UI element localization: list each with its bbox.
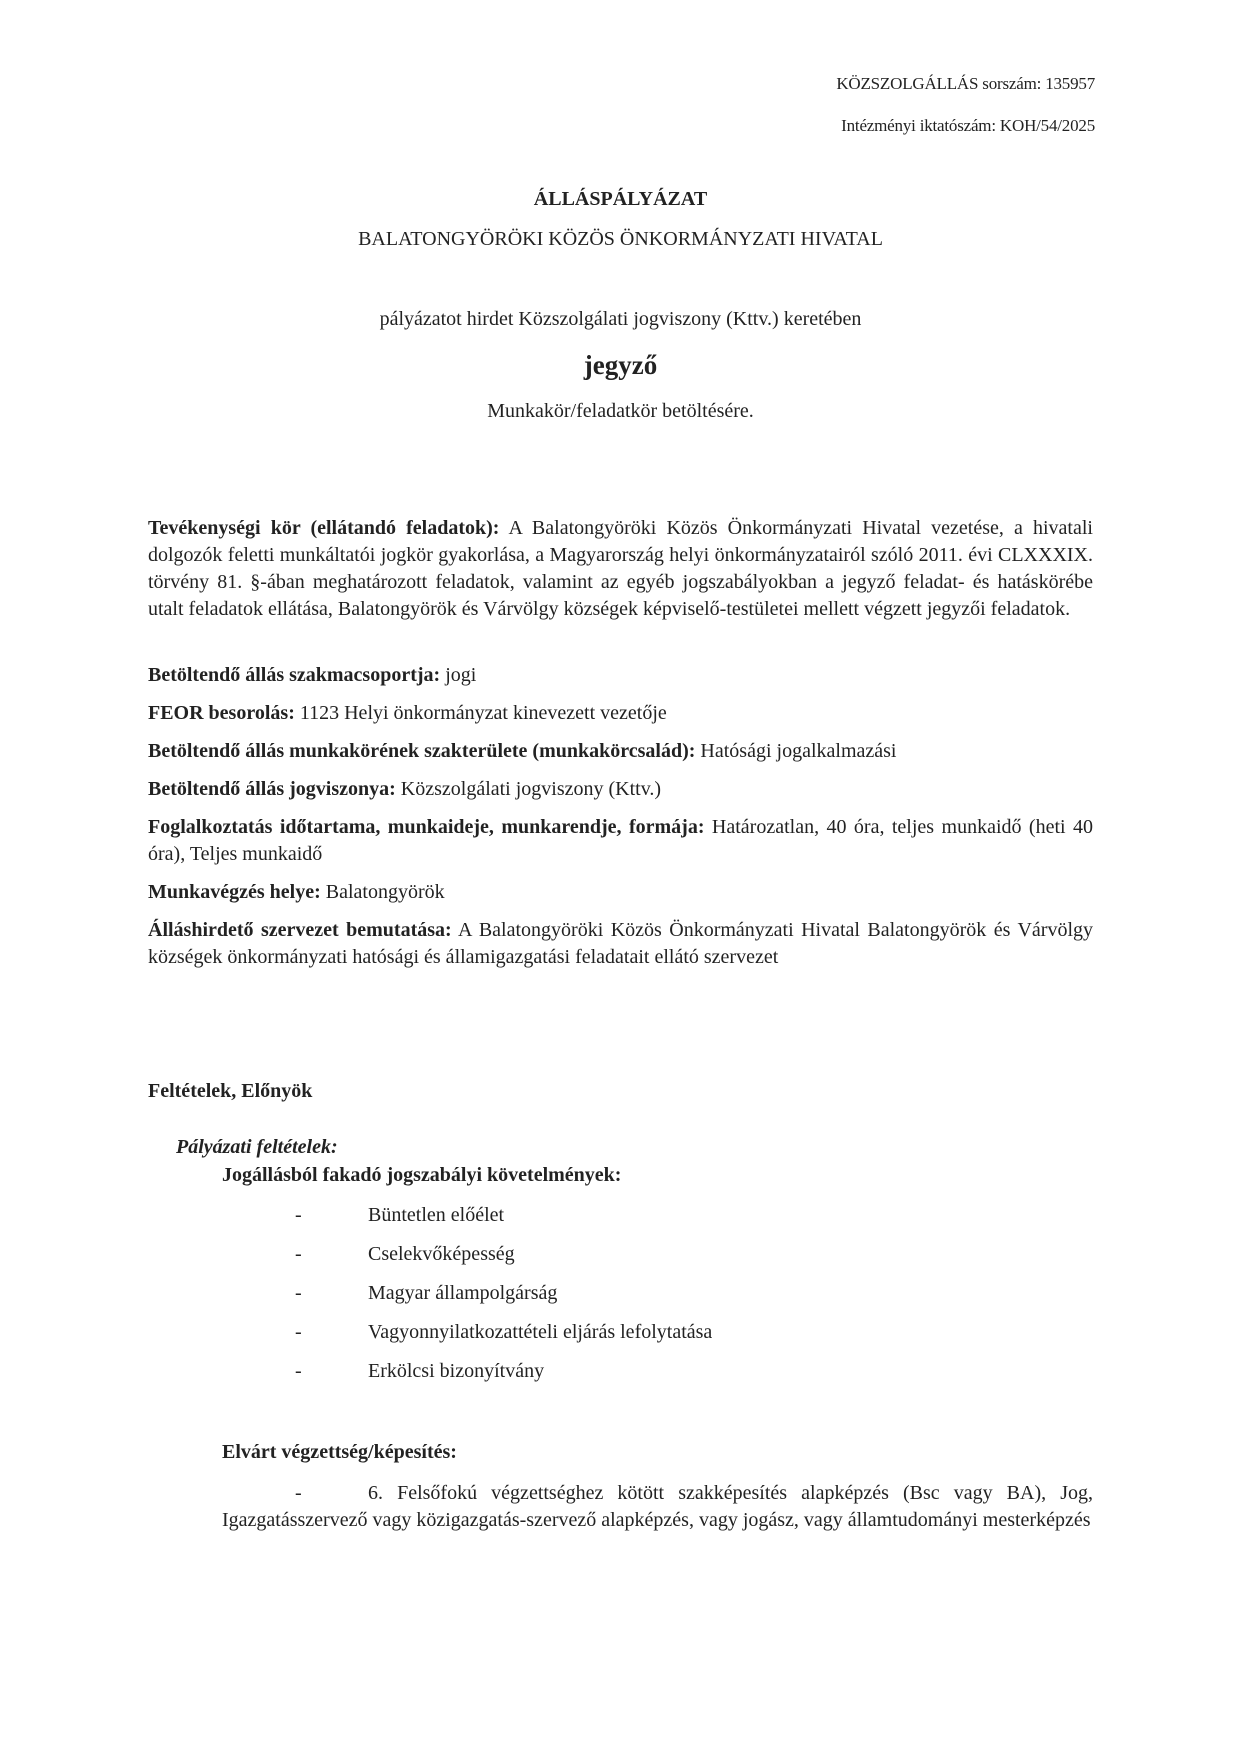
position-subtitle: Munkakör/feladatkör betöltésére. bbox=[0, 400, 1241, 423]
list-bullet: - bbox=[295, 1360, 302, 1383]
organization-name: BALATONGYÖRÖKI KÖZÖS ÖNKORMÁNYZATI HIVAT… bbox=[0, 228, 1241, 251]
field-label: Munkavégzés helye: bbox=[148, 881, 321, 903]
conditions-section-title: Feltételek, Előnyök bbox=[148, 1080, 312, 1103]
list-bullet: - bbox=[295, 1282, 302, 1305]
registration-number-line: Intézményi iktatószám: KOH/54/2025 bbox=[841, 116, 1095, 136]
serial-label: KÖZSZOLGÁLLÁS sorszám: bbox=[836, 74, 1041, 93]
field-value: Közszolgálati jogviszony (Kttv.) bbox=[401, 778, 661, 800]
education-heading: Elvárt végzettség/képesítés: bbox=[222, 1441, 457, 1464]
field-label: Betöltendő állás jogviszonya: bbox=[148, 778, 396, 800]
announcement-line: pályázatot hirdet Közszolgálati jogviszo… bbox=[0, 308, 1241, 331]
legal-requirements-heading: Jogállásból fakadó jogszabályi követelmé… bbox=[222, 1164, 621, 1187]
field-activity-scope: Tevékenységi kör (ellátandó feladatok): … bbox=[148, 515, 1093, 623]
field-label: Foglalkoztatás időtartama, munkaideje, m… bbox=[148, 816, 705, 838]
field-label: Betöltendő állás szakmacsoportja: bbox=[148, 664, 440, 686]
list-item: Cselekvőképesség bbox=[368, 1243, 515, 1266]
field-label: Tevékenységi kör (ellátandó feladatok): bbox=[148, 517, 499, 539]
field-workplace: Munkavégzés helye: Balatongyörök bbox=[148, 879, 1093, 906]
document-title: ÁLLÁSPÁLYÁZAT bbox=[0, 188, 1241, 211]
field-value: jogi bbox=[445, 664, 476, 686]
field-organization-intro: Álláshirdető szervezet bemutatása: A Bal… bbox=[148, 917, 1093, 971]
list-item: Büntetlen előélet bbox=[368, 1204, 504, 1227]
field-label: Álláshirdető szervezet bemutatása: bbox=[148, 919, 452, 941]
document-page: KÖZSZOLGÁLLÁS sorszám: 135957 Intézményi… bbox=[0, 0, 1241, 1754]
field-employment-terms: Foglalkoztatás időtartama, munkaideje, m… bbox=[148, 814, 1093, 868]
application-conditions-heading: Pályázati feltételek: bbox=[176, 1136, 338, 1159]
serial-number-line: KÖZSZOLGÁLLÁS sorszám: 135957 bbox=[836, 74, 1095, 94]
list-item: Magyar állampolgárság bbox=[368, 1282, 557, 1305]
field-label: Betöltendő állás munkakörének szakterüle… bbox=[148, 740, 695, 762]
list-bullet: - bbox=[295, 1204, 302, 1227]
field-professional-group: Betöltendő állás szakmacsoportja: jogi bbox=[148, 662, 1093, 689]
field-label: FEOR besorolás: bbox=[148, 702, 295, 724]
list-item: Vagyonnyilatkozattételi eljárás lefolyta… bbox=[368, 1321, 712, 1344]
field-value: Hatósági jogalkalmazási bbox=[700, 740, 896, 762]
field-value: Balatongyörök bbox=[326, 881, 445, 903]
field-job-family: Betöltendő állás munkakörének szakterüle… bbox=[148, 738, 1093, 765]
registration-label: Intézményi iktatószám: bbox=[841, 116, 996, 135]
list-bullet: - bbox=[222, 1480, 368, 1507]
registration-value: KOH/54/2025 bbox=[1000, 116, 1095, 135]
position-title: jegyző bbox=[0, 350, 1241, 381]
list-bullet: - bbox=[295, 1243, 302, 1266]
field-value: 1123 Helyi önkormányzat kinevezett vezet… bbox=[300, 702, 667, 724]
list-bullet: - bbox=[295, 1321, 302, 1344]
education-item: -6. Felsőfokú végzettséghez kötött szakk… bbox=[222, 1480, 1093, 1534]
serial-value: 135957 bbox=[1045, 74, 1095, 93]
list-item: Erkölcsi bizonyítvány bbox=[368, 1360, 544, 1383]
field-legal-relationship: Betöltendő állás jogviszonya: Közszolgál… bbox=[148, 776, 1093, 803]
field-feor: FEOR besorolás: 1123 Helyi önkormányzat … bbox=[148, 700, 1093, 727]
